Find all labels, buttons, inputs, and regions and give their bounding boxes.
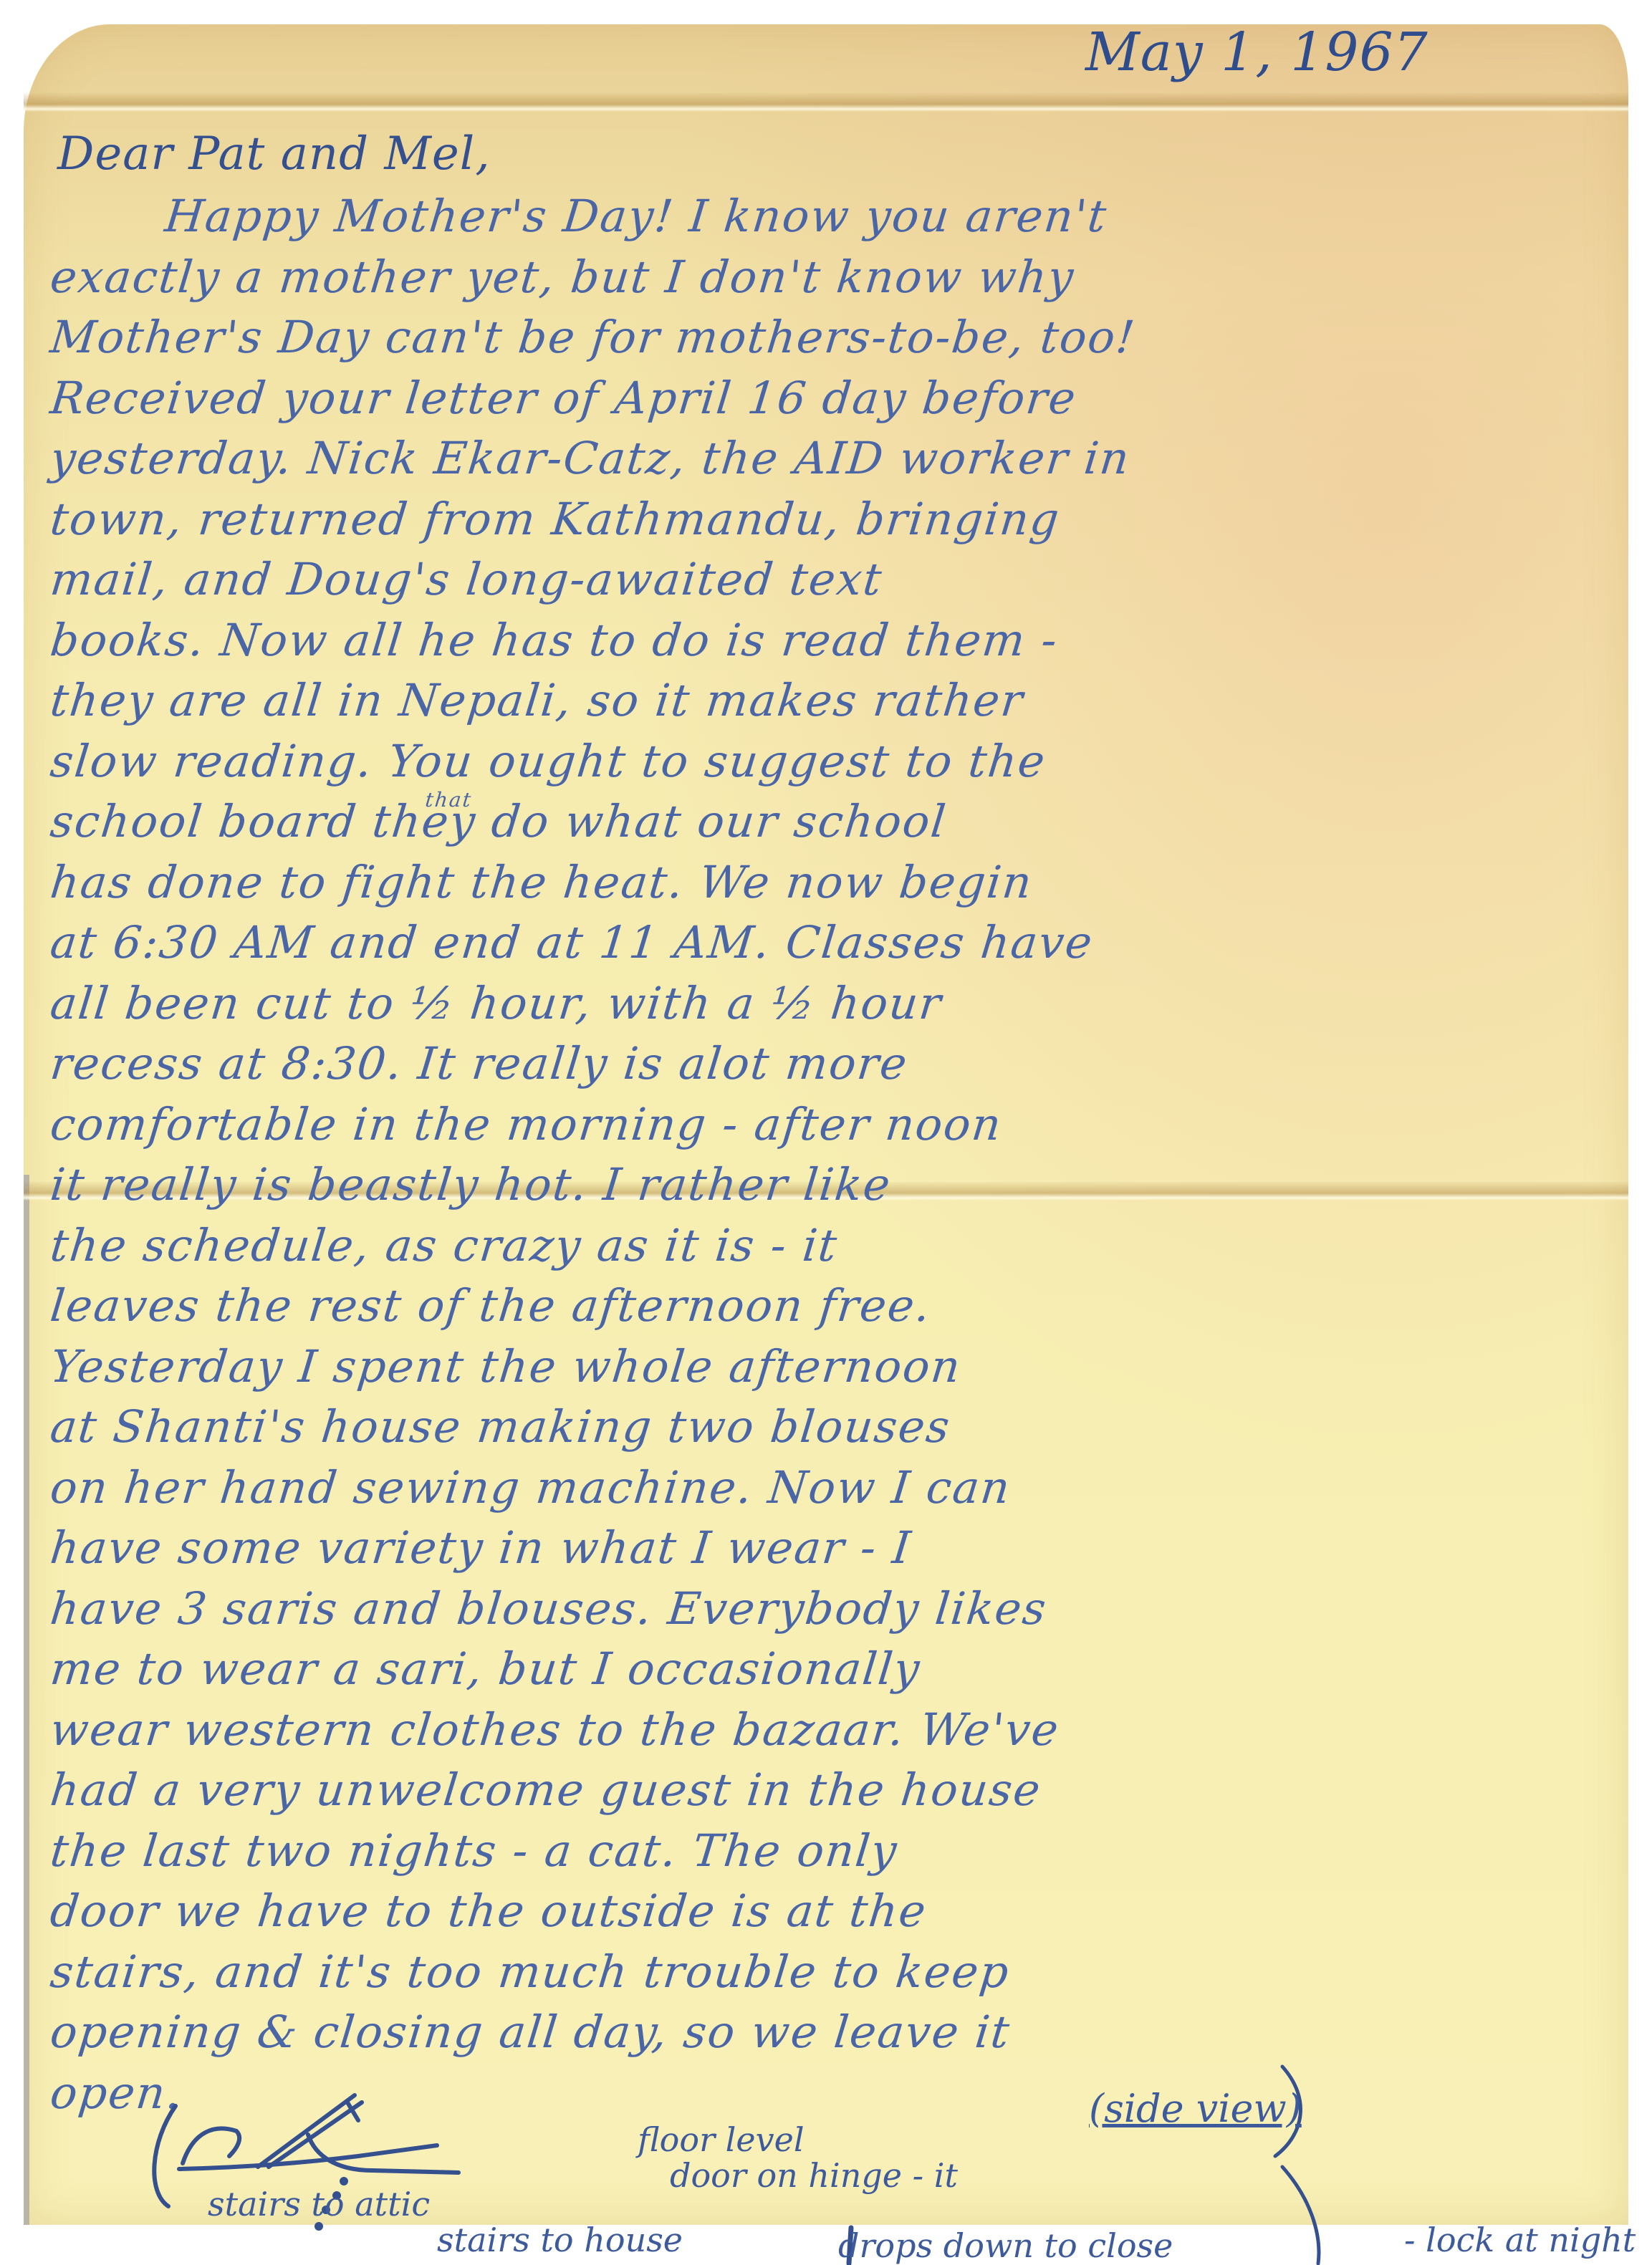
letter-line: Mother's Day can't be for mothers-to-be,… — [47, 311, 1138, 372]
letter-line: the schedule, as crazy as it is - it — [47, 1219, 1138, 1280]
letter-line: wear western clothes to the bazaar. We'v… — [47, 1703, 1138, 1764]
letter-line: it really is beastly hot. I rather like — [47, 1158, 1138, 1219]
sketch-title: (side view) — [1089, 2086, 1302, 2131]
paper-edge-shadow — [24, 1175, 29, 2225]
letter-line: have 3 saris and blouses. Everybody like… — [47, 1582, 1138, 1643]
letter-line: at Shanti's house making two blouses — [47, 1400, 1138, 1461]
paper-fold-crease — [24, 93, 1628, 112]
sketch-label-lock-at-night: - lock at night — [1404, 2221, 1636, 2259]
letter-line: the last two nights - a cat. The only — [47, 1824, 1138, 1885]
letter-line: slow reading. You ought to suggest to th… — [47, 735, 1138, 796]
letter-line: leaves the rest of the afternoon free. — [47, 1279, 1138, 1340]
letter-salutation: Dear Pat and Mel, — [57, 128, 491, 181]
letter-line: books. Now all he has to do is read them… — [47, 614, 1138, 675]
letter-line: they are all in Nepali, so it makes rath… — [47, 674, 1138, 735]
letter-line: me to wear a sari, but I occasionally — [47, 1643, 1138, 1703]
letter-line: yesterday. Nick Ekar-Catz, the AID worke… — [47, 432, 1138, 493]
sketch-label-drops-down: drops down to close — [838, 2226, 1173, 2265]
letter-line: have some variety in what I wear - I — [47, 1521, 1138, 1582]
letter-line: Yesterday I spent the whole afternoon — [47, 1340, 1138, 1401]
inserted-word: that — [424, 788, 474, 812]
sketch-label-door-on-hinge: door on hinge - it — [670, 2156, 958, 2195]
letter-line: opening & closing all day, so we leave i… — [47, 2006, 1138, 2067]
letter-line: door we have to the outside is at the — [47, 1885, 1138, 1946]
sketch-label-stairs-to-attic: stairs to attic — [208, 2185, 430, 2223]
letter-line: recess at 8:30. It really is alot more — [47, 1037, 1138, 1098]
letter-line: open. — [47, 2067, 1138, 2127]
sketch-label-stairs-to-house: stairs to house — [437, 2221, 683, 2259]
letter-line: had a very unwelcome guest in the house — [47, 1764, 1138, 1824]
letter-line: town, returned from Kathmandu, bringing — [47, 493, 1138, 554]
letter-line: comfortable in the morning - after noon — [47, 1098, 1138, 1159]
letter-line: mail, and Doug's long-awaited text — [47, 553, 1138, 614]
letter-line: at 6:30 AM and end at 11 AM. Classes hav… — [47, 916, 1138, 977]
letter-body: Happy Mother's Day! I know you aren'texa… — [50, 190, 1135, 2127]
letter-line: stairs, and it's too much trouble to kee… — [47, 1946, 1138, 2006]
letter-date: May 1, 1967 — [1085, 21, 1428, 83]
letter-line: exactly a mother yet, but I don't know w… — [47, 251, 1138, 312]
letter-line: has done to fight the heat. We now begin — [47, 856, 1138, 917]
letter-line: school board they do what our schoolthat — [47, 795, 1138, 856]
sketch-label-floor-level: floor level — [638, 2120, 805, 2159]
letter-line: Happy Mother's Day! I know you aren't — [47, 190, 1138, 251]
letter-line: on her hand sewing machine. Now I can — [47, 1461, 1138, 1522]
letter-line: all been cut to ½ hour, with a ½ hour — [47, 977, 1138, 1038]
letter-line: Received your letter of April 16 day bef… — [47, 372, 1138, 433]
